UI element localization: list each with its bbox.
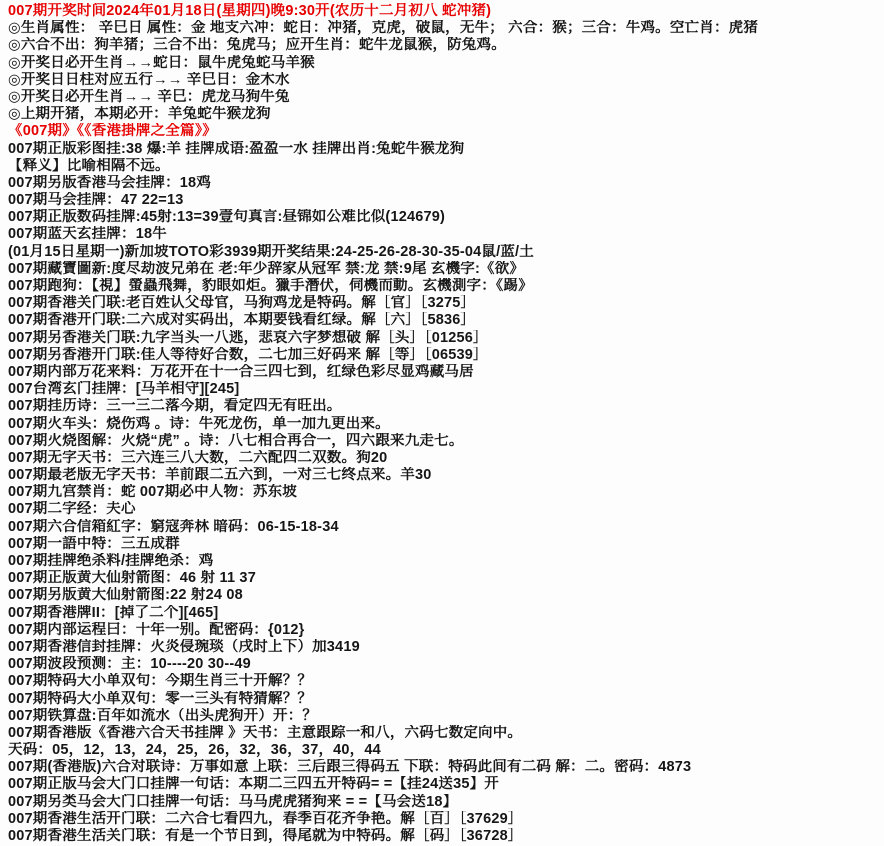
text-line: ◎上期开猪，本期必开：羊兔蛇牛猴龙狗 [8,106,880,123]
text-line: 007期马会挂牌：47 22=13 [8,192,880,209]
text-line: 007期香港生活开门联：二六合七看四九，春季百花齐争艳。解［百］［37629］ [8,811,880,828]
text-line: 007期香港牌II：[掉了二个][465] [8,605,880,622]
text-line: 007期一語中特：三五成群 [8,536,880,553]
text-line: 007期无字天书：三六连三八大数，二六配四二双数。狗20 [8,450,880,467]
text-line: 007期火车头：烧伤鸡 。诗：牛死龙伤，单一加九更出来。 [8,416,880,433]
text-line: 007期跑狗：【視】螢蟲飛舞，豹眼如炬。獵手潛伏，伺機而動。玄機測字：《踢》 [8,278,880,295]
text-line: 007期特码大小单双句：零一三头有特猜解？？ [8,691,880,708]
text-line: 007期藏寶圖新:度尽劫波兄弟在 老:年少辞家从冠军 禁:龙 禁:9尾 玄機字:… [8,261,880,278]
text-line: 007期另类马会大门口挂牌一句话：马马虎虎猪狗来 = =【马会送18】 [8,794,880,811]
text-line: 007期蓝天玄挂牌：18牛 [8,226,880,243]
text-line: 007期香港开门联:二六成对实码出，本期要钱看红绿。解［六］［5836］ [8,312,880,329]
text-line: 007期另版黄大仙射箭图:22 射24 08 [8,587,880,604]
text-line: ◎生肖属性： 辛巳日 属性：金 地支六冲：蛇日：冲猪，克虎，破鼠，无牛； 六合：… [8,20,880,37]
text-line: 007期正版数码挂牌:45射:13=39壹句真言:昼锦如公难比似(124679) [8,209,880,226]
text-line: 007期波段预测：主：10----20 30--49 [8,656,880,673]
draw-time-header: 007期开奖时间2024年01月18日(星期四)晚9:30开(农历十二月初八 蛇… [8,3,880,20]
text-line: 007期另版香港马会挂牌：18鸡 [8,175,880,192]
text-line: 007期另香港开门联:佳人等待好合数，二七加三好码来 解［等］［06539］ [8,347,880,364]
text-line: 007期正版彩图挂:38 爆:羊 挂牌成语:盈盈一水 挂牌出肖:兔蛇牛猴龙狗 [8,141,880,158]
text-line: 007期九宫禁肖：蛇 007期必中人物：苏东坡 [8,484,880,501]
text-line: 【释义】比喻相隔不远。 [8,158,880,175]
text-line: 007期铁算盘:百年如流水（出头虎狗开）开：？ [8,708,880,725]
text-line: 007期香港信封挂牌：火炎侵琬琰（戌时上下）加3419 [8,639,880,656]
text-line: 007期正版黄大仙射箭图：46 射 11 37 [8,570,880,587]
text-line: 007期香港关门联:老百姓认父母官，马狗鸡龙是特码。解［官］［3275］ [8,295,880,312]
text-line: 007期香港版《香港六合天书挂牌 》天书：主意跟踪一和八，六码七数定向中。 [8,725,880,742]
lottery-tips-page: 007期开奖时间2024年01月18日(星期四)晚9:30开(农历十二月初八 蛇… [0,0,884,846]
text-line: 007期最老版无字天书：羊前跟二五六到，一对三七终点来。羊30 [8,467,880,484]
text-line: 007期挂历诗：三一三二落今期，看定四无有旺出。 [8,398,880,415]
text-line: ◎开奖日必开生肖→→ 辛巳：虎龙马狗牛兔 [8,89,880,106]
text-line: 007期挂牌绝杀料/挂牌绝杀：鸡 [8,553,880,570]
text-line: 007期(香港版)六合对联诗：万事如意 上联：三后跟三得码五 下联：特码此间有二… [8,759,880,776]
text-line: 007期正版马会大门口挂牌一句话：本期二三四五开特码= =【挂24送35】开 [8,776,880,793]
text-line: (01月15日星期一)新加坡TOTO彩3939期开奖结果:24-25-26-28… [8,244,880,261]
text-line: 007期二字经：夫心 [8,501,880,518]
text-line: 007期六合信箱紅字：窮寇奔林 暗码：06-15-18-34 [8,519,880,536]
text-line: ◎开奖日日柱对应五行→→ 辛巳日：金木水 [8,72,880,89]
text-line: 007期香港生活关门联：有是一个节日到，得尾就为中特码。解［码］［36728］ [8,828,880,845]
text-line: 007期特码大小单双句：今期生肖三十开解？？ [8,673,880,690]
section-title: 《007期》《《香港掛牌之全篇》》 [8,123,880,140]
text-line: ◎六合不出：狗羊猪；三合不出：兔虎马；应开生肖：蛇牛龙鼠猴，防兔鸡。 [8,37,880,54]
text-line: 天码：05，12，13，24，25，26，32，36，37，40，44 [8,742,880,759]
text-line: ◎开奖日必开生肖→→蛇日：鼠牛虎兔蛇马羊猴 [8,55,880,72]
text-line: 007期另香港关门联:九字当头一八逃，悲哀六字梦想破 解［头］［01256］ [8,330,880,347]
text-line: 007期内部万花来料：万花开在十一合三四七到，红绿色彩尽显鸡藏马居 [8,364,880,381]
text-line: 007台湾玄门挂牌：[马羊相守][245] [8,381,880,398]
text-line: 007期火烧图解：火烧“虎” 。诗：八七相合再合一，四六跟来九走七。 [8,433,880,450]
text-line: 007期内部运程曰：十年一别。配密码：{012} [8,622,880,639]
